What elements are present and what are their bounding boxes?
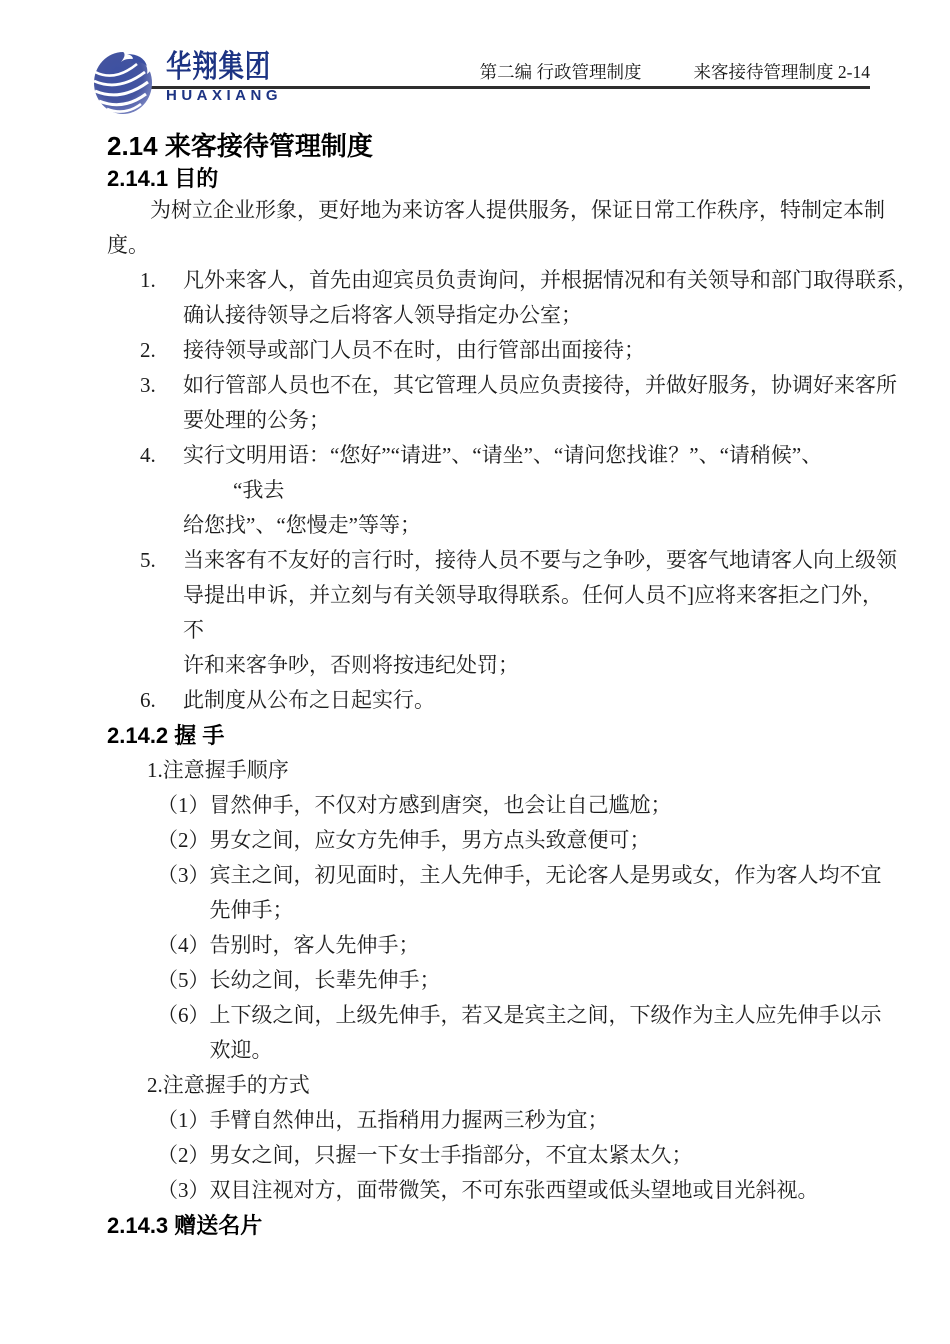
paren-number: （3） bbox=[157, 858, 210, 893]
purpose-paragraph-line: 为树立企业形象，更好地为来访客人提供服务，保证日常工作秩序，特制定本制 bbox=[107, 193, 870, 228]
item-number: 3. bbox=[140, 368, 183, 403]
item-line: 不 bbox=[183, 613, 870, 648]
purpose-paragraph-line: 度。 bbox=[107, 228, 870, 263]
paren-line: 手臂自然伸出，五指稍用力握两三秒为宜； bbox=[210, 1103, 871, 1138]
item-line: 确认接待领导之后将客人领导指定办公室； bbox=[183, 298, 870, 333]
paren-number: （1） bbox=[157, 788, 210, 823]
item-line: 接待领导或部门人员不在时，由行管部出面接待； bbox=[183, 333, 870, 368]
paren-item: （6） 上下级之间，上级先伸手，若又是宾主之间，下级作为主人应先伸手以示 欢迎。 bbox=[107, 998, 870, 1068]
subsection-label-order: 1.注意握手顺序 bbox=[147, 753, 870, 788]
paren-number: （4） bbox=[157, 928, 210, 963]
logo-name-cn: 华翔集团 bbox=[166, 50, 271, 84]
paren-number: （3） bbox=[157, 1173, 210, 1208]
handshake-order-list: （1） 冒然伸手，不仅对方感到唐突，也会让自己尴尬； （2） 男女之间，应女方先… bbox=[107, 788, 870, 1068]
paren-line: 男女之间，应女方先伸手，男方点头致意便可； bbox=[210, 823, 871, 858]
section-handshake-heading: 2.14.2 握 手 bbox=[107, 718, 870, 753]
paren-item: （2） 男女之间，应女方先伸手，男方点头致意便可； bbox=[107, 823, 870, 858]
paren-line: 长幼之间，长辈先伸手； bbox=[210, 963, 871, 998]
section-namecard-heading: 2.14.3 赠送名片 bbox=[107, 1208, 870, 1243]
paren-line: 先伸手； bbox=[210, 893, 871, 928]
item-line: “我去 bbox=[183, 473, 870, 508]
item-number: 5. bbox=[140, 543, 183, 578]
subsection-label-method: 2.注意握手的方式 bbox=[147, 1068, 870, 1103]
handshake-method-list: （1） 手臂自然伸出，五指稍用力握两三秒为宜； （2） 男女之间，只握一下女士手… bbox=[107, 1103, 870, 1208]
paren-line: 冒然伸手，不仅对方感到唐突，也会让自己尴尬； bbox=[210, 788, 871, 823]
list-item: 6. 此制度从公布之日起实行。 bbox=[107, 683, 870, 718]
item-number: 4. bbox=[140, 438, 183, 473]
logo-name-en: HUAXIANG bbox=[166, 88, 294, 103]
paren-item: （4） 告别时，客人先伸手； bbox=[107, 928, 870, 963]
paren-line: 双目注视对方，面带微笑，不可东张西望或低头望地或目光斜视。 bbox=[210, 1173, 871, 1208]
paren-number: （6） bbox=[157, 998, 210, 1033]
paren-line: 告别时，客人先伸手； bbox=[210, 928, 871, 963]
paren-number: （5） bbox=[157, 963, 210, 998]
item-line: 导提出申诉，并立刻与有关领导取得联系。任何人员不]应将来客拒之门外， bbox=[183, 578, 870, 613]
item-line: 此制度从公布之日起实行。 bbox=[183, 683, 870, 718]
paren-item: （3） 双目注视对方，面带微笑，不可东张西望或低头望地或目光斜视。 bbox=[107, 1173, 870, 1208]
logo-text: 华翔集团 HUAXIANG bbox=[166, 50, 294, 103]
document-body: 2.14 来客接待管理制度 2.14.1 目的 为树立企业形象，更好地为来访客人… bbox=[0, 127, 950, 1243]
list-item: 3. 如行管部人员也不在，其它管理人员应负责接待，并做好服务，协调好来客所 要处… bbox=[107, 368, 870, 438]
item-line: 凡外来客人，首先由迎宾员负责询问，并根据情况和有关领导和部门取得联系， bbox=[183, 263, 870, 298]
header-labels: 第二编 行政管理制度 来客接待管理制度 2-14 bbox=[480, 61, 870, 83]
item-line: 许和来客争吵，否则将按违纪处罚； bbox=[183, 648, 870, 683]
document-title: 2.14 来客接待管理制度 bbox=[107, 127, 870, 165]
document-page: 华翔集团 HUAXIANG 第二编 行政管理制度 来客接待管理制度 2-14 2… bbox=[0, 0, 950, 1344]
list-item: 1. 凡外来客人，首先由迎宾员负责询问，并根据情况和有关领导和部门取得联系， 确… bbox=[107, 263, 870, 333]
section-purpose-heading: 2.14.1 目的 bbox=[107, 165, 870, 193]
item-number: 2. bbox=[140, 333, 183, 368]
paren-line: 上下级之间，上级先伸手，若又是宾主之间，下级作为主人应先伸手以示 bbox=[210, 998, 871, 1033]
list-item: 2. 接待领导或部门人员不在时，由行管部出面接待； bbox=[107, 333, 870, 368]
item-line: 要处理的公务； bbox=[183, 403, 870, 438]
paren-line: 宾主之间，初见面时，主人先伸手，无论客人是男或女，作为客人均不宜 bbox=[210, 858, 871, 893]
list-item: 5. 当来客有不友好的言行时，接待人员不要与之争吵，要客气地请客人向上级领 导提… bbox=[107, 543, 870, 683]
item-line: 如行管部人员也不在，其它管理人员应负责接待，并做好服务，协调好来客所 bbox=[183, 368, 870, 403]
paren-number: （1） bbox=[157, 1103, 210, 1138]
company-logo: 华翔集团 HUAXIANG bbox=[93, 48, 294, 116]
paren-item: （1） 冒然伸手，不仅对方感到唐突，也会让自己尴尬； bbox=[107, 788, 870, 823]
header-docref-label: 来客接待管理制度 2-14 bbox=[694, 61, 870, 83]
paren-item: （5） 长幼之间，长辈先伸手； bbox=[107, 963, 870, 998]
paren-number: （2） bbox=[157, 823, 210, 858]
paren-line: 男女之间，只握一下女士手指部分，不宜太紧太久； bbox=[210, 1138, 871, 1173]
header-edition-label: 第二编 行政管理制度 bbox=[480, 61, 642, 83]
paren-item: （3） 宾主之间，初见面时，主人先伸手，无论客人是男或女，作为客人均不宜 先伸手… bbox=[107, 858, 870, 928]
item-line: 给您找”、“您慢走”等等； bbox=[183, 508, 870, 543]
paren-number: （2） bbox=[157, 1138, 210, 1173]
list-item: 4. 实行文明用语：“您好”“请进”、“请坐”、“请问您找谁？”、“请稍候”、 … bbox=[107, 438, 870, 543]
logo-globe-bird-icon bbox=[93, 48, 157, 116]
paren-line: 欢迎。 bbox=[210, 1033, 871, 1068]
item-number: 6. bbox=[140, 683, 183, 718]
item-line: 当来客有不友好的言行时，接待人员不要与之争吵，要客气地请客人向上级领 bbox=[183, 543, 870, 578]
purpose-ordered-list: 1. 凡外来客人，首先由迎宾员负责询问，并根据情况和有关领导和部门取得联系， 确… bbox=[107, 263, 870, 718]
item-number: 1. bbox=[140, 263, 183, 298]
item-line: 实行文明用语：“您好”“请进”、“请坐”、“请问您找谁？”、“请稍候”、 bbox=[183, 438, 870, 473]
paren-item: （1） 手臂自然伸出，五指稍用力握两三秒为宜； bbox=[107, 1103, 870, 1138]
paren-item: （2） 男女之间，只握一下女士手指部分，不宜太紧太久； bbox=[107, 1138, 870, 1173]
page-header: 华翔集团 HUAXIANG 第二编 行政管理制度 来客接待管理制度 2-14 bbox=[0, 0, 950, 118]
